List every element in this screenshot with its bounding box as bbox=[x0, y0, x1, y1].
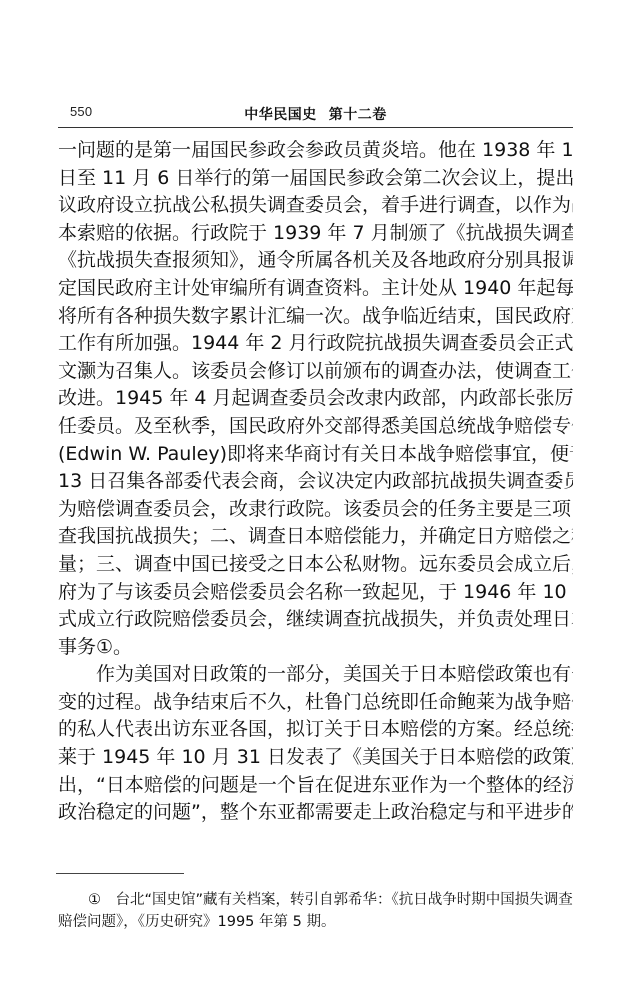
text-line: 13 日召集各部委代表会商，会议决定内政部抗战损失调查委员会改名 bbox=[58, 468, 573, 496]
paragraph-1: 一问题的是第一届国民参政会参政员黄炎培。他在 1938 年 10 月 28 日至… bbox=[58, 137, 573, 661]
text-line: 府为了与该委员会赔偿委员会名称一致起见，于 1946 年 10 月 1 日正 bbox=[58, 579, 573, 607]
text-line: 查我国抗战损失；二、调查日本赔偿能力，并确定日方赔偿之种类与数 bbox=[58, 523, 573, 551]
text-line: 将所有各种损失数字累计汇编一次。战争临近结束，国民政府对这项 bbox=[58, 303, 573, 331]
paragraph-2: 作为美国对日政策的一部分，美国关于日本赔偿政策也有一个转 变的过程。战争结束后不… bbox=[58, 661, 573, 827]
text-line: 文灏为召集人。该委员会修订以前颁布的调查办法，使调查工作得到 bbox=[58, 358, 573, 386]
running-head: 550 中华民国史第十二卷 bbox=[58, 104, 573, 124]
text-line: 定国民政府主计处审编所有调查资料。主计处从 1940 年起每隔半年 bbox=[58, 275, 573, 303]
text-line: 的私人代表出访东亚各国，拟订关于日本赔偿的方案。经总统批准，鲍 bbox=[58, 716, 573, 744]
text-line: 变的过程。战争结束后不久，杜鲁门总统即任命鲍莱为战争赔偿问题 bbox=[58, 689, 573, 717]
text-line: 改进。1945 年 4 月起调查委员会改隶内政部，内政部长张厉生出任主 bbox=[58, 385, 573, 413]
text-line: 任委员。及至秋季，国民政府外交部得悉美国总统战争赔偿专使鲍莱 bbox=[58, 413, 573, 441]
text-line: (Edwin W. Pauley)即将来华商讨有关日本战争赔偿事宜，便于 11 … bbox=[58, 441, 573, 469]
text-line: 量；三、调查中国已接受之日本公私财物。远东委员会成立后，国民政 bbox=[58, 551, 573, 579]
body-text: 一问题的是第一届国民参政会参政员黄炎培。他在 1938 年 10 月 28 日至… bbox=[58, 137, 573, 827]
text-line: 作为美国对日政策的一部分，美国关于日本赔偿政策也有一个转 bbox=[58, 661, 573, 689]
text-line: 为赔偿调查委员会，改隶行政院。该委员会的任务主要是三项：一、调 bbox=[58, 496, 573, 524]
text-line: 式成立行政院赔偿委员会，继续调查抗战损失，并负责处理日本赔偿 bbox=[58, 606, 573, 634]
text-line: 议政府设立抗战公私损失调查委员会，着手进行调查，以作为战后向日 bbox=[58, 192, 573, 220]
text-line: 《抗战损失查报须知》，通令所属各机关及各地政府分别具报调查，并指 bbox=[58, 247, 573, 275]
book-title-text: 中华民国史 bbox=[244, 107, 317, 123]
footnote-rule bbox=[56, 873, 184, 874]
header-rule bbox=[58, 127, 573, 128]
footnote-reference-line: 事务①。 bbox=[58, 634, 573, 662]
text-line: 一问题的是第一届国民参政会参政员黄炎培。他在 1938 年 10 月 28 bbox=[58, 137, 573, 165]
text-line: 出，“日本赔偿的问题是一个旨在促进东亚作为一个整体的经济稳定及 bbox=[58, 772, 573, 800]
text-line: 政治稳定的问题”，整个东亚都需要走上政治稳定与和平进步的道路， bbox=[58, 799, 573, 827]
footnote-line: 赔偿问题》，《历史研究》1995 年第 5 期。 bbox=[58, 912, 573, 934]
text-line: 本索赔的依据。行政院于 1939 年 7 月制颁了《抗战损失调查办法》及 bbox=[58, 220, 573, 248]
text-line: 工作有所加强。1944 年 2 月行政院抗战损失调查委员会正式成立，翁 bbox=[58, 330, 573, 358]
text-line: 日至 11 月 6 日举行的第一届国民参政会第二次会议上，提出议案，建 bbox=[58, 165, 573, 193]
volume-label: 第十二卷 bbox=[329, 107, 387, 123]
footnote: ① 台北“国史馆”藏有关档案，转引自郭希华：《抗日战争时期中国损失调查及 赔偿问… bbox=[58, 890, 573, 933]
footnote-line: ① 台北“国史馆”藏有关档案，转引自郭希华：《抗日战争时期中国损失调查及 bbox=[58, 890, 573, 912]
book-title: 中华民国史第十二卷 bbox=[58, 104, 573, 124]
text-line: 莱于 1945 年 10 月 31 日发表了《美国关于日本赔偿的政策》，其中指 bbox=[58, 744, 573, 772]
book-page: 550 中华民国史第十二卷 一问题的是第一届国民参政会参政员黄炎培。他在 193… bbox=[0, 0, 644, 1000]
